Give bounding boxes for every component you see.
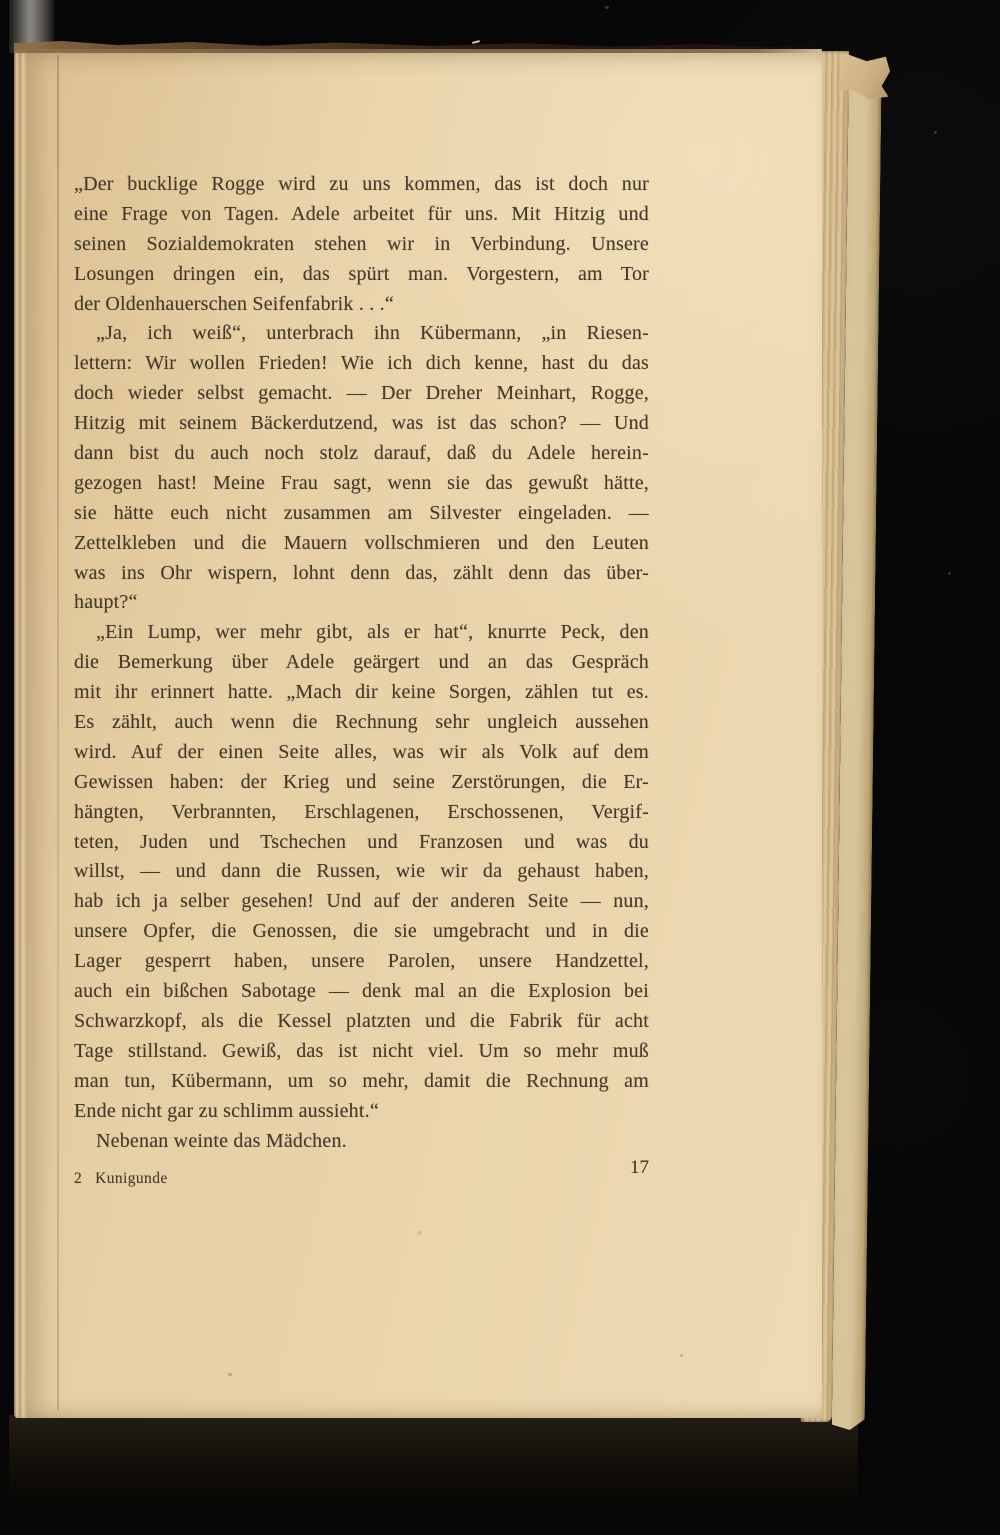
text-line: gezogen hast! Meine Frau sagt, wenn sie … — [74, 469, 649, 499]
text-line: „Der bucklige Rogge wird zu uns kommen, … — [74, 170, 649, 200]
text-line: wird. Auf der einen Seite alles, was wir… — [74, 738, 649, 768]
text-line: Lager gesperrt haben, unsere Parolen, un… — [74, 947, 649, 977]
text-line: Hitzig mit seinem Bäckerdutzend, was ist… — [74, 409, 649, 439]
text-line: der Oldenhauerschen Seifenfabrik . . .“ — [74, 290, 649, 320]
text-line: mit ihr erinnert hatte. „Mach dir keine … — [74, 678, 649, 708]
text-line: willst, — und dann die Russen, wie wir d… — [74, 857, 649, 887]
text-line: doch wieder selbst gemacht. — Der Dreher… — [74, 379, 649, 409]
book-cover-bottom-edge — [9, 1415, 858, 1515]
text-line: auch ein bißchen Sabotage — denk mal an … — [74, 977, 649, 1007]
text-line: seinen Sozialdemokraten stehen wir in Ve… — [74, 230, 649, 260]
text-line: sie hätte euch nicht zusammen am Silvest… — [74, 499, 649, 529]
text-line: die Bemerkung über Adele geärgert und an… — [74, 648, 649, 678]
text-line: eine Frage von Tagen. Adele arbeitet für… — [74, 200, 649, 230]
dust-speck — [934, 131, 937, 134]
gutter-crease — [57, 55, 59, 1410]
book-page: „Der bucklige Rogge wird zu uns kommen, … — [14, 49, 822, 1418]
text-line: Schwarzkopf, als die Kessel platzten und… — [74, 1007, 649, 1037]
text-line: Losungen dringen ein, das spürt man. Vor… — [74, 260, 649, 290]
text-line: dann bist du auch noch stolz darauf, daß… — [74, 439, 649, 469]
text-line: man tun, Kübermann, um so mehr, damit di… — [74, 1067, 649, 1097]
left-page-edges — [14, 49, 60, 1418]
text-line: was ins Ohr wispern, lohnt denn das, zäh… — [74, 559, 649, 589]
text-line: Tage stillstand. Gewiß, das ist nicht vi… — [74, 1037, 649, 1067]
dust-speck — [228, 1373, 232, 1376]
dust-speck — [948, 572, 951, 575]
dust-speck — [417, 1231, 422, 1235]
text-line: Nebenan weinte das Mädchen. — [74, 1127, 649, 1157]
text-line: Gewissen haben: der Krieg und seine Zers… — [74, 768, 649, 798]
text-line: hängten, Verbrannten, Erschlagenen, Ersc… — [74, 798, 649, 828]
text-line: lettern: Wir wollen Frieden! Wie ich dic… — [74, 349, 649, 379]
text-line: unsere Opfer, die Genossen, die sie umge… — [74, 917, 649, 947]
text-line: Ende nicht gar zu schlimm aussieht.“ — [74, 1097, 649, 1127]
text-line: Es zählt, auch wenn die Rechnung sehr un… — [74, 708, 649, 738]
dust-speck — [605, 6, 609, 9]
text-line: „Ein Lump, wer mehr gibt, als er hat“, k… — [74, 618, 649, 648]
text-line: Zettelkleben und die Mauern vollschmiere… — [74, 529, 649, 559]
text-line: teten, Juden und Tschechen und Franzosen… — [74, 828, 649, 858]
page-number: 17 — [74, 1157, 649, 1179]
text-line: haupt?“ — [74, 588, 649, 618]
text-line: „Ja, ich weiß“, unterbrach ihn Kübermann… — [74, 319, 649, 349]
page-text: „Der bucklige Rogge wird zu uns kommen, … — [74, 170, 649, 1156]
dust-speck — [680, 1354, 683, 1357]
dust-speck — [186, 420, 190, 424]
text-line: hab ich ja selber gesehen! Und auf der a… — [74, 887, 649, 917]
